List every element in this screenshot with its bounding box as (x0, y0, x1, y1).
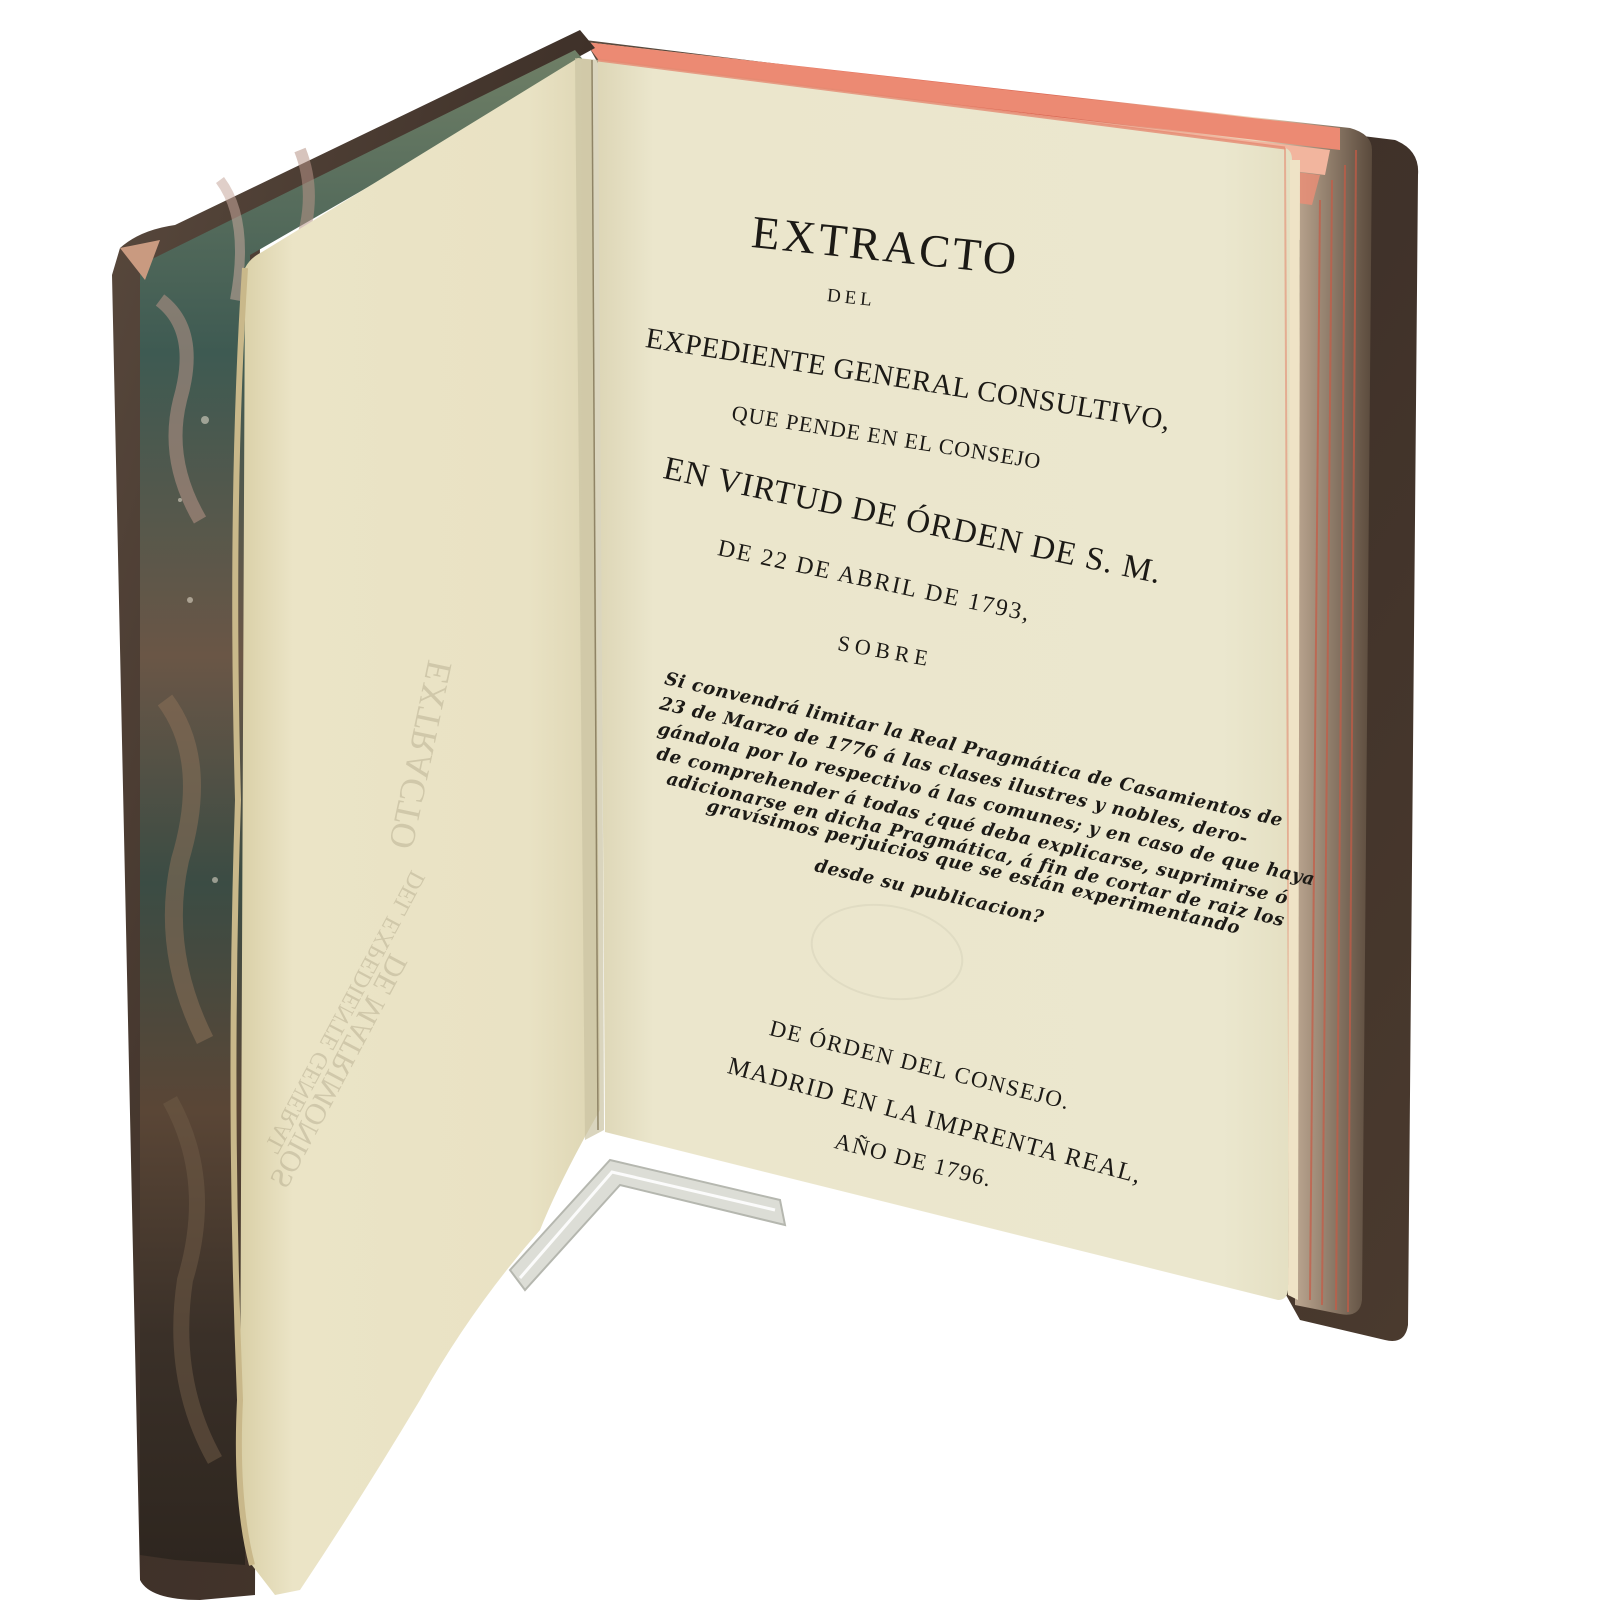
title-que-pende: QUE PENDE EN EL CONSEJO (730, 400, 1043, 475)
book-photograph: EXTRACTO DEL EXPEDIENTE GENERAL DE MATRI… (0, 0, 1600, 1600)
title-del: DEL (826, 285, 877, 312)
title-en-virtud: EN VIRTUD DE ÓRDEN DE S. M. (660, 450, 1165, 592)
title-sobre: SOBRE (836, 630, 935, 672)
title-page: EXTRACTO DEL EXPEDIENTE GENERAL CONSULTI… (0, 0, 1600, 1600)
title-expediente: EXPEDIENTE GENERAL CONSULTIVO, (643, 322, 1172, 438)
title-extracto: EXTRACTO (749, 205, 1022, 286)
